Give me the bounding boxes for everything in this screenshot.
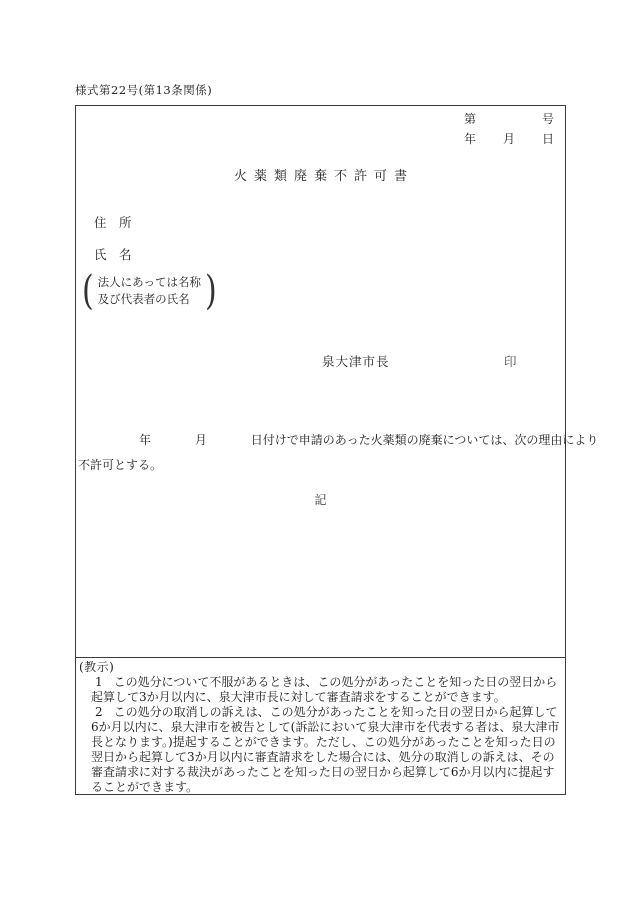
kyoji-heading: (教示) xyxy=(79,660,562,675)
seal-mark: 印 xyxy=(504,352,517,370)
corporate-note-line1: 法人にあっては名称 xyxy=(98,275,201,289)
document-title: 火薬類廃棄不許可書 xyxy=(76,165,565,184)
kyoji-item-2-number: 2 xyxy=(95,705,103,720)
doc-number-date-block: 第 号 年 月 日 xyxy=(464,109,581,149)
record-heading: 記 xyxy=(76,491,565,508)
date-day-label: 日 xyxy=(542,129,581,149)
body-line1-text: 日付けで申請のあった火薬類の廃棄については、次の理由により xyxy=(251,433,599,447)
kyoji-item-1-number: 1 xyxy=(95,675,103,690)
date-month-label: 月 xyxy=(503,129,542,149)
doc-number-suffix: 号 xyxy=(542,109,581,129)
corporate-note-lines: 法人にあっては名称 及び代表者の氏名 xyxy=(96,274,203,308)
body-year-label: 年 xyxy=(139,431,151,448)
close-paren: ) xyxy=(205,269,217,313)
doc-number-prefix: 第 xyxy=(464,109,503,129)
kyoji-item-1: 1この処分について不服があるときは、この処分があったことを知った日の翌日から起算… xyxy=(79,675,562,705)
form-code: 様式第22号(第13条関係) xyxy=(75,82,212,98)
kyoji-section: (教示) 1この処分について不服があるときは、この処分があったことを知った日の翌… xyxy=(76,657,565,794)
corporate-note-line2: 及び代表者の氏名 xyxy=(98,292,190,306)
body-month-label: 月 xyxy=(195,431,207,448)
name-label: 氏 名 xyxy=(94,245,132,263)
issuer-name: 泉大津市長 xyxy=(322,352,390,370)
document-page: 様式第22号(第13条関係) 第 号 年 月 日 火薬類廃棄不許可書 住 所 氏… xyxy=(0,0,630,915)
kyoji-item-2-text: この処分の取消しの訴えは、この処分があったことを知った日の翌日から起算して6か月… xyxy=(91,705,559,794)
kyoji-item-2: 2この処分の取消しの訴えは、この処分があったことを知った日の翌日から起算して6か… xyxy=(79,705,562,795)
address-label: 住 所 xyxy=(94,213,132,231)
kyoji-item-1-text: この処分について不服があるときは、この処分があったことを知った日の翌日から起算し… xyxy=(91,675,557,704)
body-line2: 不許可とする。 xyxy=(78,456,162,473)
doc-number-blank xyxy=(503,109,542,129)
corporate-note: ( 法人にあっては名称 及び代表者の氏名 ) xyxy=(80,269,219,313)
open-paren: ( xyxy=(82,269,94,313)
body-line1: 年 月 日付けで申請のあった火薬類の廃棄については、次の理由により xyxy=(78,431,565,448)
form-box: 第 号 年 月 日 火薬類廃棄不許可書 住 所 氏 名 ( 法人にあっては名称 … xyxy=(75,105,566,795)
date-year-label: 年 xyxy=(464,129,503,149)
